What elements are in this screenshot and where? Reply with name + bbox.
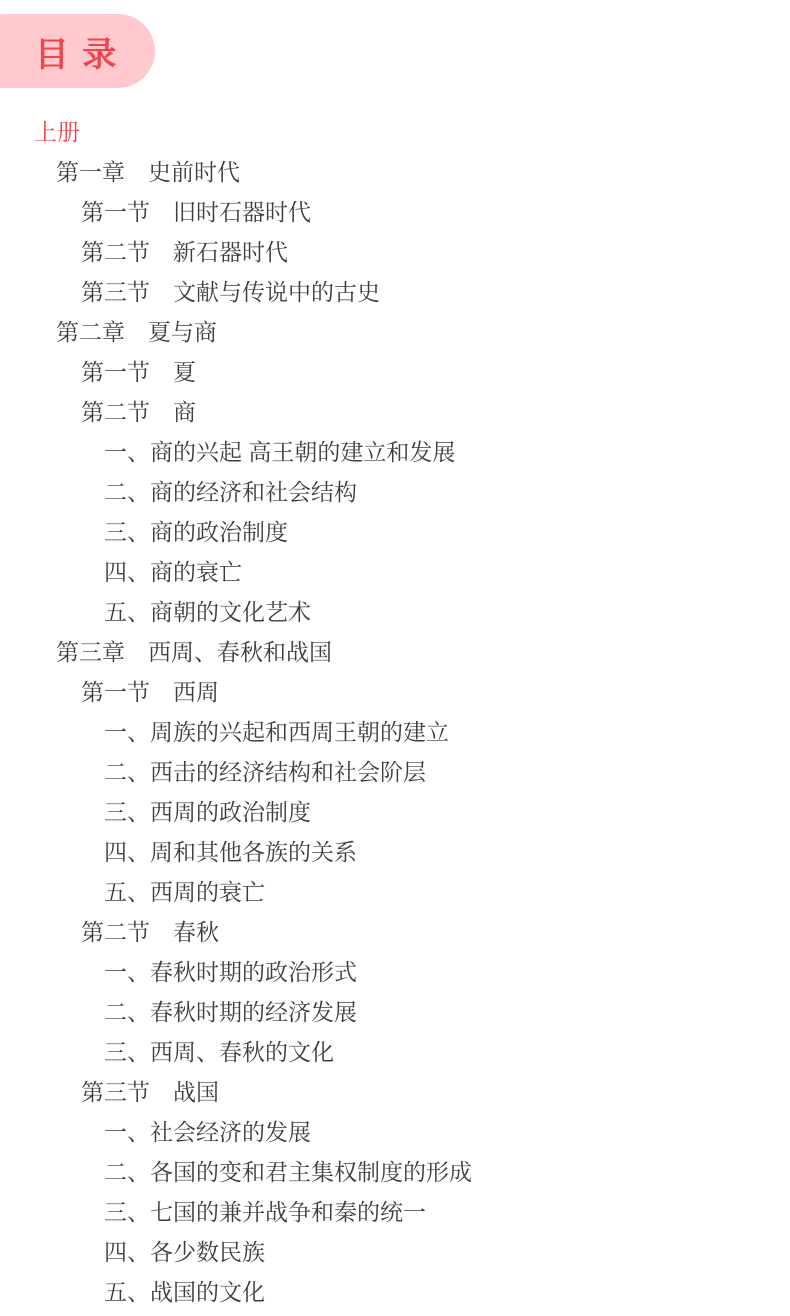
toc-item-27[interactable]: 三、七国的兼并战争和秦的统一 — [104, 1192, 790, 1232]
toc-content: 上册 第一章 史前时代第一节 旧时石器时代第二节 新石器时代第三节 文献与传说中… — [0, 112, 790, 1312]
toc-item-12[interactable]: 五、商朝的文化艺术 — [104, 592, 790, 632]
toc-item-18[interactable]: 四、周和其他各族的关系 — [104, 832, 790, 872]
toc-title-label: 目 录 — [35, 27, 118, 76]
toc-list: 第一章 史前时代第一节 旧时石器时代第二节 新石器时代第三节 文献与传说中的古史… — [0, 152, 790, 1312]
toc-item-7[interactable]: 第二节 商 — [81, 392, 790, 432]
toc-item-25[interactable]: 一、社会经济的发展 — [104, 1112, 790, 1152]
toc-item-22[interactable]: 二、春秋时期的经济发展 — [104, 992, 790, 1032]
toc-item-6[interactable]: 第一节 夏 — [81, 352, 790, 392]
toc-item-14[interactable]: 第一节 西周 — [81, 672, 790, 712]
volume-heading: 上册 — [34, 112, 790, 152]
toc-item-16[interactable]: 二、西击的经济结构和社会阶层 — [104, 752, 790, 792]
toc-item-20[interactable]: 第二节 春秋 — [81, 912, 790, 952]
toc-item-10[interactable]: 三、商的政治制度 — [104, 512, 790, 552]
toc-item-23[interactable]: 三、西周、春秋的文化 — [104, 1032, 790, 1072]
toc-item-9[interactable]: 二、商的经济和社会结构 — [104, 472, 790, 512]
toc-item-11[interactable]: 四、商的衰亡 — [104, 552, 790, 592]
toc-item-1[interactable]: 第一章 史前时代 — [56, 152, 790, 192]
toc-item-21[interactable]: 一、春秋时期的政治形式 — [104, 952, 790, 992]
toc-item-3[interactable]: 第二节 新石器时代 — [81, 232, 790, 272]
toc-item-2[interactable]: 第一节 旧时石器时代 — [81, 192, 790, 232]
toc-title-badge: 目 录 — [0, 14, 155, 88]
toc-item-4[interactable]: 第三节 文献与传说中的古史 — [81, 272, 790, 312]
toc-item-29[interactable]: 五、战国的文化 — [104, 1272, 790, 1312]
toc-item-24[interactable]: 第三节 战国 — [81, 1072, 790, 1112]
toc-item-5[interactable]: 第二章 夏与商 — [56, 312, 790, 352]
toc-item-15[interactable]: 一、周族的兴起和西周王朝的建立 — [104, 712, 790, 752]
toc-item-28[interactable]: 四、各少数民族 — [104, 1232, 790, 1272]
toc-item-8[interactable]: 一、商的兴起 高王朝的建立和发展 — [104, 432, 790, 472]
toc-item-26[interactable]: 二、各国的变和君主集权制度的形成 — [104, 1152, 790, 1192]
toc-item-13[interactable]: 第三章 西周、春秋和战国 — [56, 632, 790, 672]
toc-item-19[interactable]: 五、西周的衰亡 — [104, 872, 790, 912]
toc-item-17[interactable]: 三、西周的政治制度 — [104, 792, 790, 832]
toc-page: 目 录 上册 第一章 史前时代第一节 旧时石器时代第二节 新石器时代第三节 文献… — [0, 0, 790, 1316]
